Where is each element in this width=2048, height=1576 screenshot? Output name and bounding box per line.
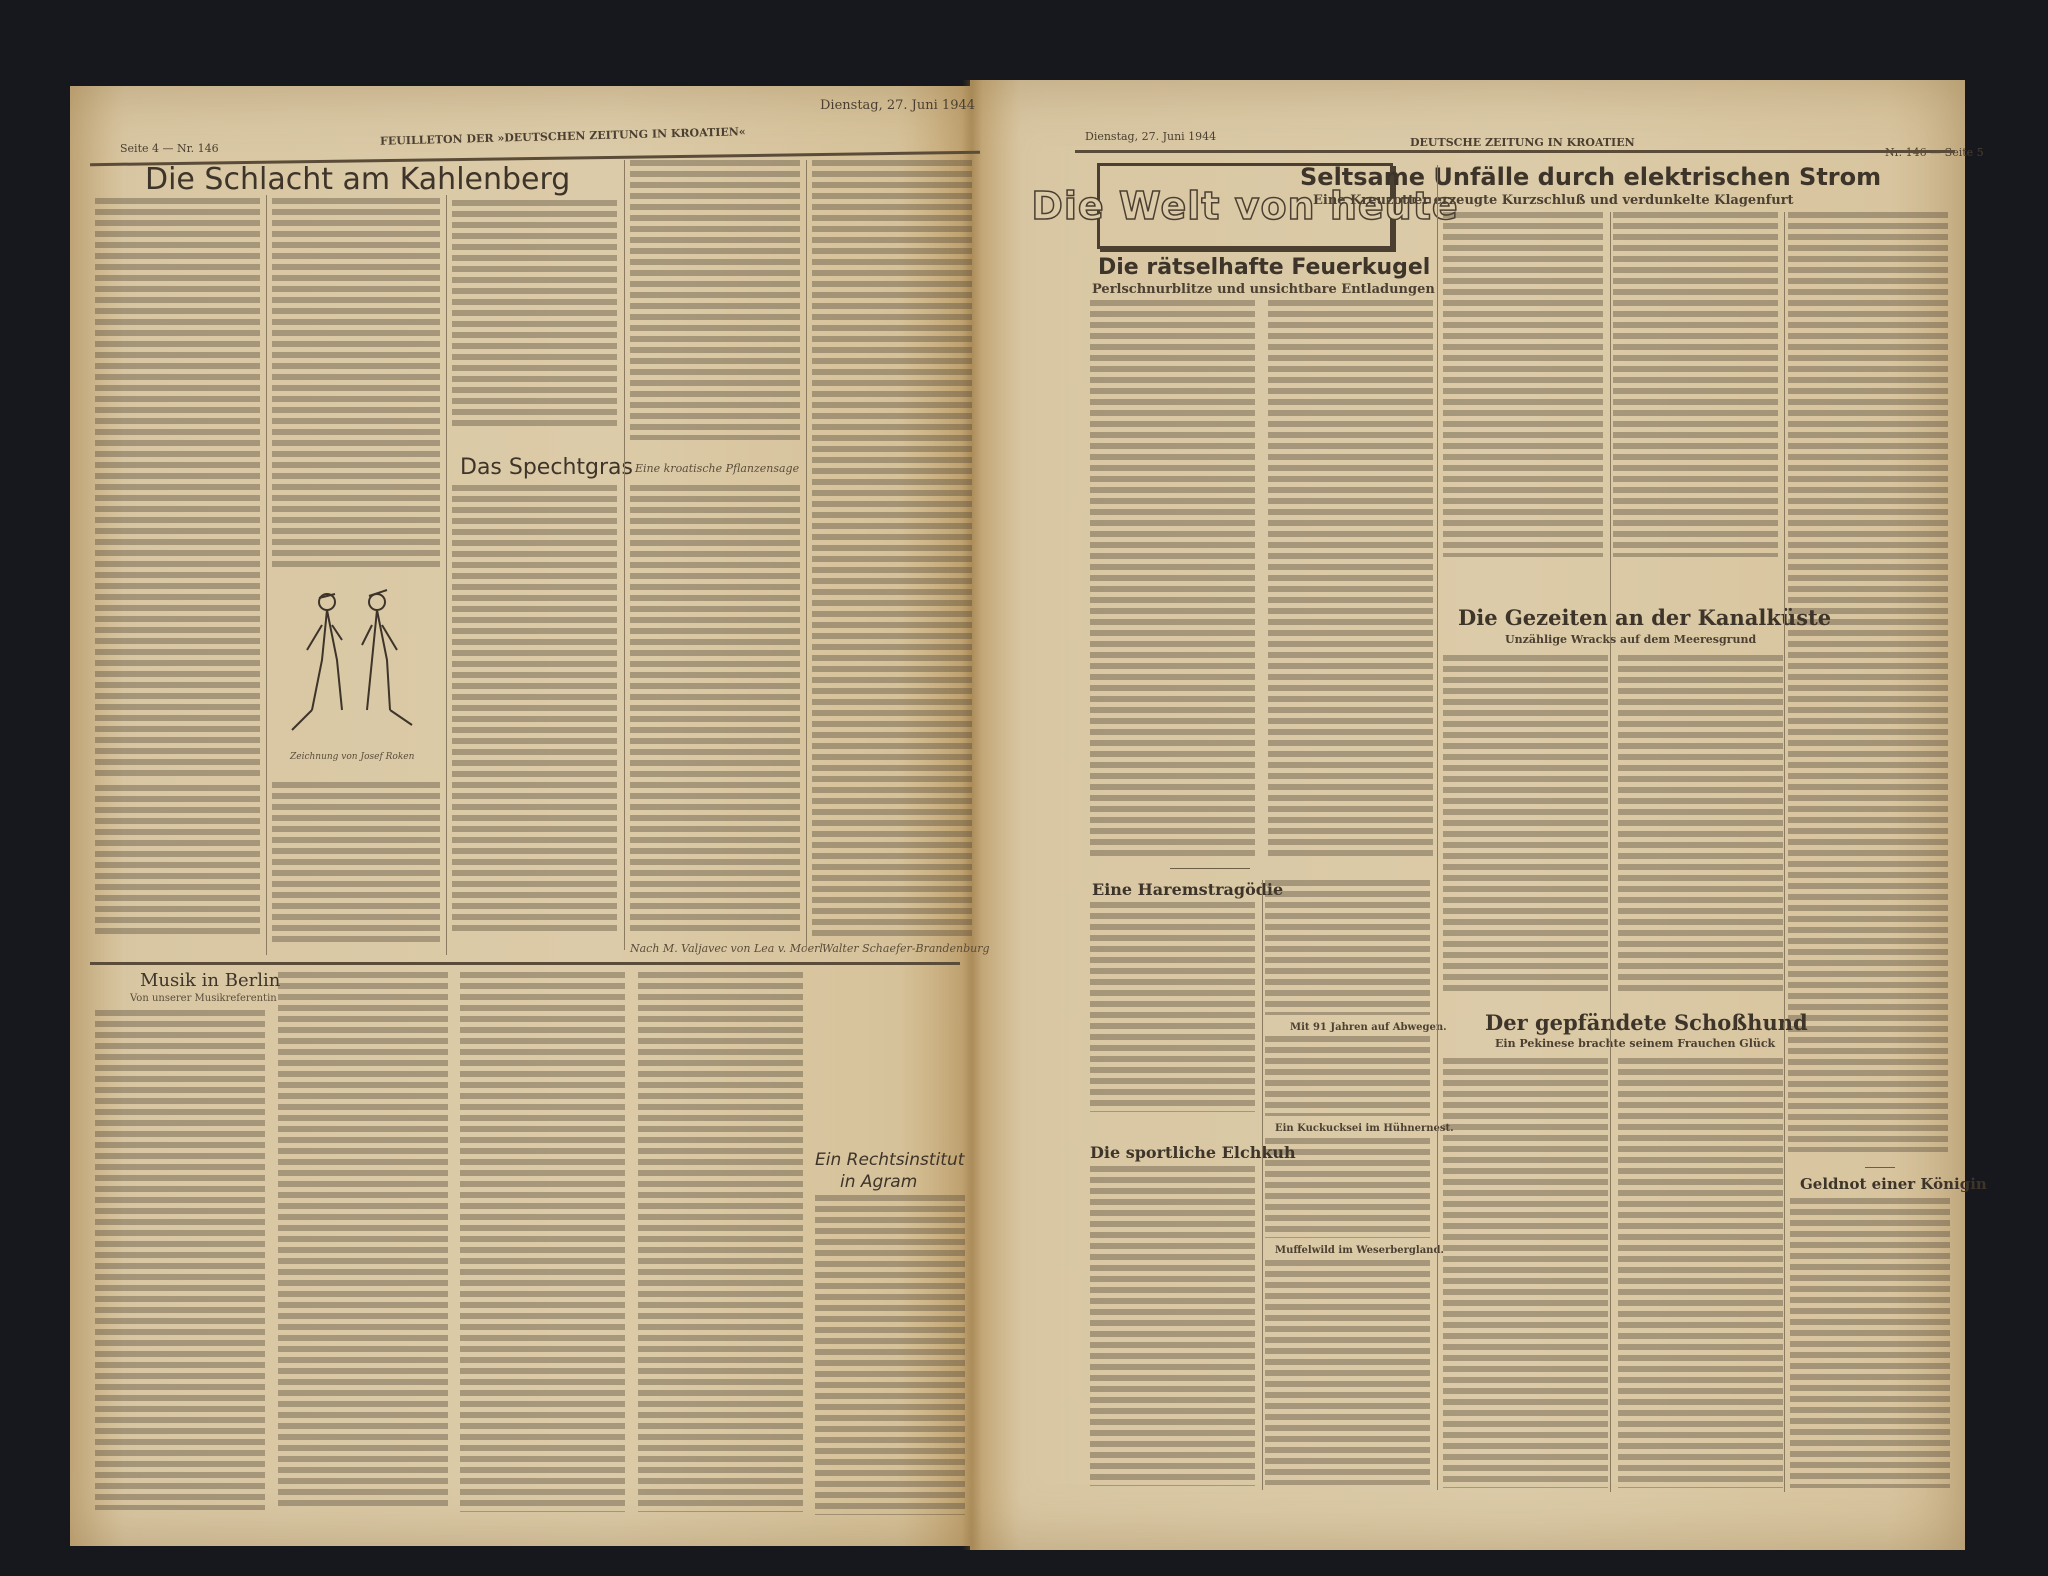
run-in-head-kuckucksei: Ein Kuckucksei im Hühnernest. — [1275, 1123, 1454, 1134]
column-divider — [446, 195, 447, 955]
article-text — [812, 160, 972, 940]
article-text — [1090, 300, 1255, 860]
headline-schosshund: Der gepfändete Schoßhund — [1485, 1010, 1808, 1035]
schosshund-subhead: Ein Pekinese brachte seinem Frauchen Glü… — [1495, 1037, 1775, 1050]
divider — [1170, 868, 1250, 869]
headline-feuerkugel: Die rätselhafte Feuerkugel — [1098, 255, 1430, 280]
article-text — [460, 972, 625, 1512]
headline-unfaelle-strom: Seltsame Unfälle durch elektrischen Stro… — [1300, 163, 1881, 191]
musik-subhead: Von unserer Musikreferentin — [130, 993, 277, 1004]
run-in-head-muffelwild: Muffelwild im Weserbergland. — [1275, 1245, 1444, 1256]
headline-spechtgras: Das Spechtgras — [460, 455, 633, 480]
column-divider — [806, 160, 807, 950]
left-page-label: Seite 4 — Nr. 146 — [120, 142, 219, 155]
article-text — [1268, 300, 1433, 860]
column-divider — [1262, 880, 1263, 1490]
spechtgras-byline: Nach M. Valjavec von Lea v. Moerl — [630, 942, 823, 955]
article-text — [1613, 212, 1778, 557]
left-section-rule — [90, 962, 960, 965]
headline-musik-berlin: Musik in Berlin — [140, 970, 280, 991]
article-text — [278, 972, 448, 1507]
headline-schlacht-kahlenberg: Die Schlacht am Kahlenberg — [145, 162, 570, 197]
article-text — [1265, 1036, 1430, 1116]
article-text — [1265, 1260, 1430, 1485]
article-text — [1443, 1058, 1608, 1488]
illustration-caption: Zeichnung von Josef Roken — [290, 752, 414, 762]
article-text — [630, 160, 800, 440]
article-text — [1090, 902, 1255, 1112]
article-text — [1790, 1198, 1950, 1488]
column-divider — [1610, 212, 1611, 1492]
article-text — [638, 972, 803, 1512]
column-divider — [266, 195, 267, 955]
article-text — [272, 198, 440, 568]
unfaelle-subhead: Eine Kreuzotter erzeugte Kurzschluß und … — [1313, 193, 1794, 208]
article-text — [95, 1010, 265, 1510]
run-in-head-91-jahren: Mit 91 Jahren auf Abwegen. — [1290, 1022, 1447, 1033]
gezeiten-subhead: Unzählige Wracks auf dem Meeresgrund — [1505, 633, 1756, 646]
article-text — [452, 200, 617, 430]
soldiers-illustration — [272, 580, 432, 740]
article-text — [452, 485, 617, 935]
article-text — [95, 198, 260, 778]
article-text — [272, 782, 440, 947]
right-date: Dienstag, 27. Juni 1944 — [1085, 130, 1216, 143]
divider — [1865, 1167, 1895, 1168]
headline-geldnot-koenigin: Geldnot einer Königin — [1800, 1175, 1987, 1193]
column-divider — [1437, 165, 1438, 1490]
article-text — [1618, 655, 1783, 995]
article-text — [815, 1195, 965, 1515]
feuerkugel-subhead: Perlschnurblitze und unsichtbare Entladu… — [1092, 282, 1435, 297]
spechtgras-kicker: Eine kroatische Pflanzensage — [635, 462, 799, 475]
right-header-rule — [1075, 150, 1955, 153]
column-divider — [1784, 212, 1785, 1492]
headline-haremstragoedie: Eine Haremstragödie — [1092, 880, 1283, 899]
article-text — [1618, 1058, 1783, 1488]
left-date: Dienstag, 27. Juni 1944 — [820, 98, 975, 113]
article-text — [1788, 212, 1948, 1152]
article-text — [1443, 212, 1603, 557]
author-byline: Walter Schaefer-Brandenburg — [822, 942, 990, 955]
headline-rechtsinstitut-line2: in Agram — [840, 1172, 917, 1192]
right-masthead: DEUTSCHE ZEITUNG IN KROATIEN — [1410, 136, 1635, 149]
article-text — [630, 485, 800, 935]
column-divider — [624, 160, 625, 950]
article-text — [1443, 655, 1608, 995]
headline-gezeiten: Die Gezeiten an der Kanalküste — [1458, 605, 1831, 630]
article-text — [1090, 1166, 1255, 1486]
article-text — [95, 785, 260, 935]
article-text — [1265, 880, 1430, 1015]
headline-rechtsinstitut: Ein Rechtsinstitut — [815, 1150, 964, 1170]
headline-elchkuh: Die sportliche Elchkuh — [1090, 1143, 1296, 1162]
